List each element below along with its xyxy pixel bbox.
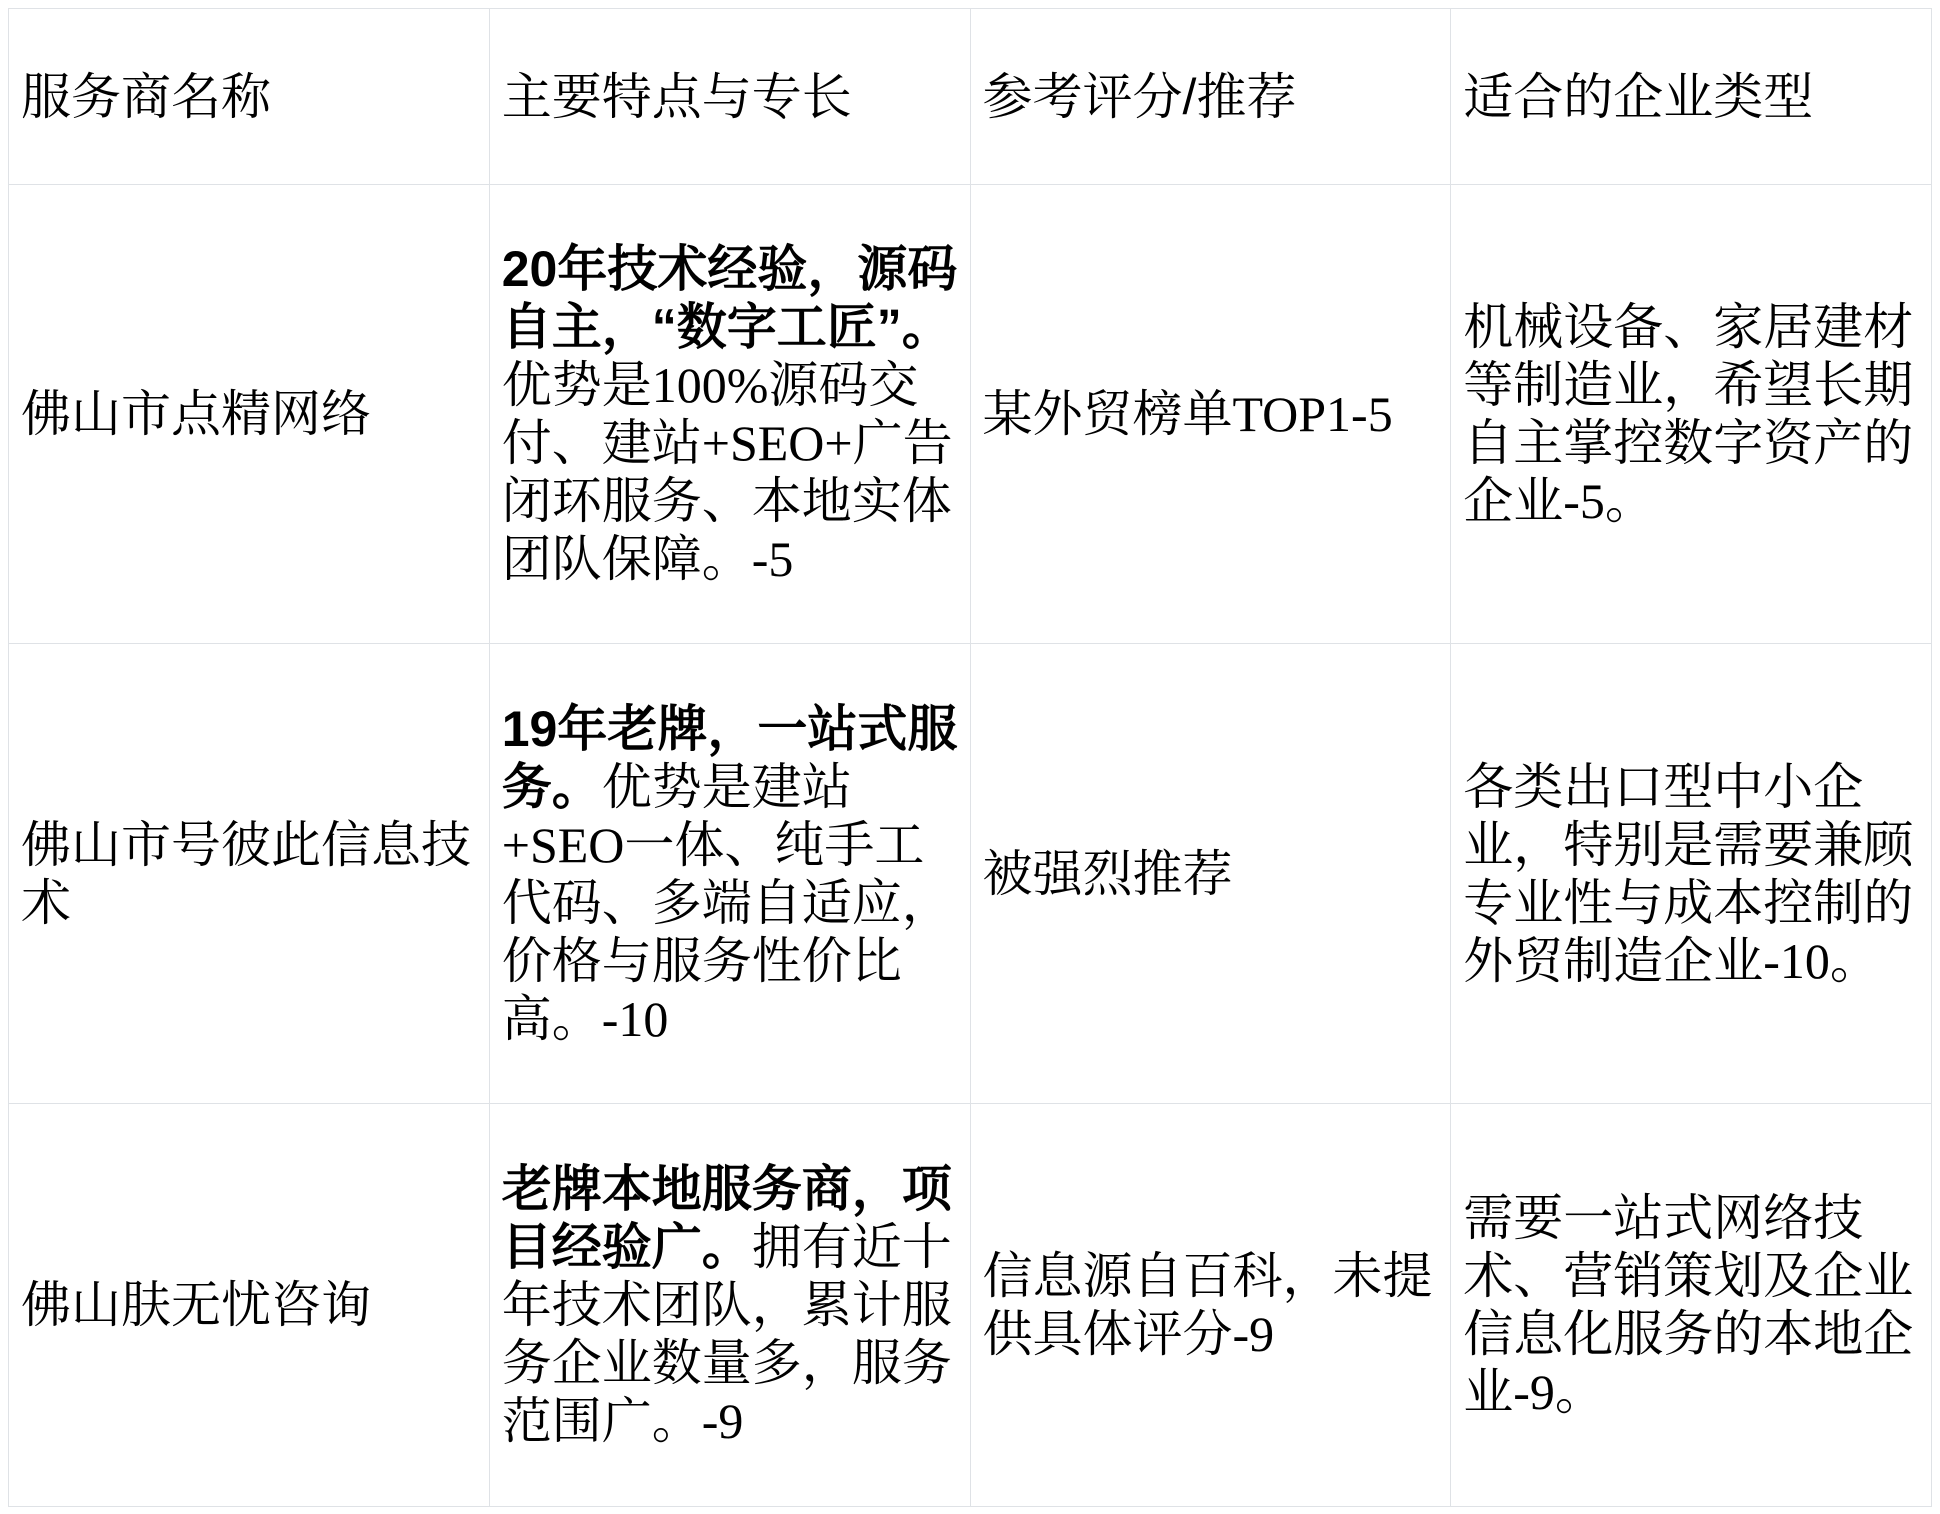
suitable-type-cell: 需要一站式网络技术、营销策划及企业信息化服务的本地企业-9。 <box>1451 1104 1932 1507</box>
table-header-row: 服务商名称 主要特点与专长 参考评分/推荐 适合的企业类型 <box>9 9 1932 185</box>
header-rating: 参考评分/推荐 <box>970 9 1451 185</box>
header-features: 主要特点与专长 <box>489 9 970 185</box>
provider-name-cell: 佛山市号彼此信息技术 <box>9 644 490 1104</box>
header-suitable-type: 适合的企业类型 <box>1451 9 1932 185</box>
table-row: 佛山肤无忧咨询 老牌本地服务商，项目经验广。拥有近十年技术团队，累计服务企业数量… <box>9 1104 1932 1507</box>
services-comparison-table: 服务商名称 主要特点与专长 参考评分/推荐 适合的企业类型 佛山市点精网络 20… <box>8 8 1932 1507</box>
table-row: 佛山市号彼此信息技术 19年老牌，一站式服务。优势是建站+SEO一体、纯手工代码… <box>9 644 1932 1104</box>
features-bold-text: 20年技术经验，源码自主，“数字工匠”。 <box>502 241 958 355</box>
suitable-type-cell: 各类出口型中小企业，特别是需要兼顾专业性与成本控制的外贸制造企业-10。 <box>1451 644 1932 1104</box>
header-provider-name: 服务商名称 <box>9 9 490 185</box>
rating-cell: 被强烈推荐 <box>970 644 1451 1104</box>
features-detail-text: 优势是100%源码交付、建站+SEO+广告闭环服务、本地实体团队保障。-5 <box>502 357 953 587</box>
table-row: 佛山市点精网络 20年技术经验，源码自主，“数字工匠”。优势是100%源码交付、… <box>9 185 1932 644</box>
rating-cell: 某外贸榜单TOP1-5 <box>970 185 1451 644</box>
provider-name-cell: 佛山市点精网络 <box>9 185 490 644</box>
features-cell: 19年老牌，一站式服务。优势是建站+SEO一体、纯手工代码、多端自适应，价格与服… <box>489 644 970 1104</box>
suitable-type-cell: 机械设备、家居建材等制造业，希望长期自主掌控数字资产的企业-5。 <box>1451 185 1932 644</box>
provider-name-cell: 佛山肤无忧咨询 <box>9 1104 490 1507</box>
features-cell: 20年技术经验，源码自主，“数字工匠”。优势是100%源码交付、建站+SEO+广… <box>489 185 970 644</box>
rating-cell: 信息源自百科，未提供具体评分-9 <box>970 1104 1451 1507</box>
features-cell: 老牌本地服务商，项目经验广。拥有近十年技术团队，累计服务企业数量多，服务范围广。… <box>489 1104 970 1507</box>
